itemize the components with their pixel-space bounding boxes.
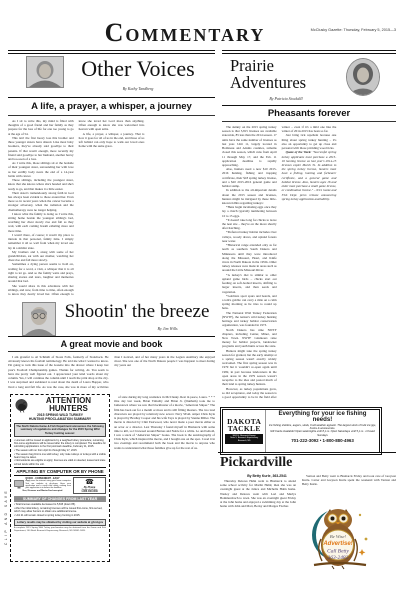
attention-hunters-ad: ATTENTION HUNTERS 2015 SPRING WILD TURKE…: [10, 394, 110, 562]
pheasants-forever-body: The skinny on the 2015 spring turkey sea…: [222, 125, 396, 401]
section-title-shootin-the-breeze: Shootin' the breeze: [57, 301, 217, 323]
section-title-other-voices: Other Voices: [62, 56, 214, 82]
woman-headshot-icon: [347, 59, 379, 95]
paragraph: North Dakota has nine NWTF chapters, inc…: [222, 328, 277, 349]
owl-icon: Be Wise! Advertise! Call Betty 363-2482: [300, 505, 376, 571]
apply-computer-text: Apply over the internet using your home …: [26, 480, 72, 490]
other-voices-body: As I sit to write this, my mind is fille…: [8, 119, 215, 298]
apply-computer-block: QUICK - CONVENIENT - EASY Apply over the…: [14, 477, 71, 494]
apply-phone-block: ☎ By Phone Simply call toll free 1-800-4…: [73, 477, 106, 494]
movie-and-book-headline: A great movie and book: [8, 339, 215, 349]
page-title: Commentary: [95, 18, 275, 48]
paragraph: I wasn't there, of course; it wasn't my …: [8, 233, 74, 250]
hunter-ad-fine-print: A complete 2015 Spring Wild Turkey procl…: [14, 527, 106, 532]
pickardville-col1: Thursday Delores Hahn went to Bismarck t…: [220, 479, 296, 569]
paragraph: The skinny on the 2015 spring turkey sea…: [222, 125, 277, 167]
hunters-label: HUNTERS: [31, 405, 106, 413]
divider: [8, 115, 215, 116]
paragraph: Vernon and Betty went to Bismarck Friday…: [302, 474, 396, 487]
masthead-rule-right: [222, 50, 396, 54]
paragraph: A life, a prayer, a whisper, a journey. …: [79, 132, 145, 149]
lottery-results-bar: Lottery results may be obtained by visit…: [14, 519, 106, 526]
paragraph: Also, hunters need a new $10 2015-2016 h…: [222, 167, 277, 188]
paragraph: *Historical range extended only as far n…: [222, 243, 277, 273]
newspaper-page: McClusky Gazette: Thursday, February 5, …: [0, 0, 400, 600]
advertise-label: Advertise!: [322, 541, 352, 547]
paragraph: Hunters might take the spring turkey sea…: [222, 349, 277, 387]
paragraph: Thursday Delores Hahn went to Bismarck t…: [220, 479, 296, 509]
paragraph: Just bring tick repellent because one th…: [282, 133, 337, 150]
be-wise-label: Be Wise!: [330, 534, 347, 539]
tackle-name-2: TACKLE: [228, 425, 261, 432]
section-title-prairie-adventures: Prairie Adventures: [230, 57, 342, 92]
turkey-icon: [14, 398, 29, 413]
man-headshot-icon: [23, 303, 55, 335]
hunter-ad-header: ATTENTION HUNTERS: [14, 397, 106, 413]
pheasants-forever-headline: Pheasants forever: [222, 108, 396, 119]
hunter-ad-title: ATTENTION HUNTERS: [31, 397, 106, 413]
paragraph: *A turkey's diet is similar to other upl…: [222, 273, 277, 294]
pickardville-col2: Vernon and Betty went to Bismarck Friday…: [302, 474, 396, 504]
pickardville-byline: By Betty Kurle, 363-2541: [222, 474, 312, 478]
paragraph: As I write this, those siblings sit at t…: [8, 161, 74, 178]
changes-bullet: • Unit 21 will remain closed to spring t…: [14, 514, 106, 517]
other-voices-byline: By Kathy Tandberg: [62, 86, 214, 91]
divider: [8, 97, 215, 98]
divider: [222, 121, 396, 122]
computer-icon: [14, 480, 24, 489]
apply-header: APPLYING BY COMPUTER OR BY PHONE: [14, 467, 106, 476]
hunter-ad-notice: The North Dakota Game & Fish Department …: [14, 423, 106, 437]
apply-visa-text: Visa, Discover and MasterCard accepted.: [14, 490, 71, 492]
paragraph: *Hens begin incubating eggs once they la…: [222, 205, 277, 218]
tackle-addr-line: Bismarck, ND: [227, 440, 261, 443]
paragraph: *Preferred turkey habitat includes river…: [222, 230, 277, 243]
clip-and-save-label: CLIP AND SAVE: [4, 489, 8, 545]
tackle-line-2: Gift Cards Available! Open weeknights un…: [268, 430, 377, 437]
phone-icon: ☎: [75, 479, 105, 486]
hunter-ad-bullet: • The season bag limit is one wild turke…: [14, 453, 106, 459]
changes-bullet: • After the initial lottery, remaining l…: [14, 507, 106, 513]
paragraph: Those siblings, including the youngest s…: [8, 178, 74, 191]
quote-text: "Successful spring turkey applicants mus…: [282, 150, 337, 200]
phone-number-label: 363-2482: [327, 555, 349, 561]
changes-header: SUMMARY OF CHANGES FROM LAST YEAR: [14, 496, 106, 502]
tackle-phone: 701-222-3092 • 1-800-880-4963: [268, 438, 377, 443]
paragraph: of state during my long residence in McC…: [114, 395, 215, 450]
paragraph: My brothers and I, along with some of he…: [8, 250, 74, 263]
paragraph: *Gobblers sport spurs and beards, and a …: [222, 294, 277, 311]
paragraph: This isn't the first heavy loss this bro…: [8, 136, 74, 161]
phone-number: 1-800-406-6409: [75, 491, 105, 493]
tackle-headline: Everything for your ice fishing needs!: [268, 411, 377, 423]
other-voices-headline: A life, a prayer, a whisper, a journey: [8, 101, 215, 112]
call-betty-label: Call Betty: [327, 549, 349, 555]
jim-wills-photo: [22, 302, 56, 336]
divider: [8, 351, 215, 352]
changes-bullet: • Total licenses available decreased to …: [14, 503, 106, 506]
divider: [8, 336, 215, 337]
paragraph: As I sit to write this, my mind is fille…: [8, 119, 74, 136]
paragraph: *It doesn't take long for chicks to leav…: [222, 218, 277, 231]
hunter-ad-sub2: HUNTING PROCLAMATION SUMMARY: [14, 417, 106, 421]
apply-row: QUICK - CONVENIENT - EASY Apply over the…: [14, 477, 106, 494]
hunter-ad-bullet: • The season will run from April 11 thro…: [14, 449, 106, 452]
quote-of-the-week: Quote of the Week: "Successful spring tu…: [282, 150, 337, 201]
paragraph: I am grateful to Al Schmidt of Sioux Fal…: [8, 355, 215, 391]
advertise-owl-ad: Be Wise! Advertise! Call Betty 363-2482: [300, 505, 376, 571]
woman-headshot-icon: [27, 57, 63, 87]
tackle-ad-main: Everything for your ice fishing needs! I…: [266, 410, 379, 452]
hunter-ad-bullet: • Nonresidents are eligible to apply; li…: [14, 459, 106, 465]
pickardville-title: Pickardville: [220, 455, 340, 471]
hunter-ad-bullet: • Licenses will be issued to applicants …: [14, 439, 106, 448]
shootin-byline: By Jim Wills: [120, 326, 215, 331]
patricia-stockdill-photo: [346, 58, 380, 96]
movie-body-top: I am grateful to Al Schmidt of Sioux Fal…: [8, 355, 215, 391]
paragraph: Sometimes a dying person seems to hold o…: [8, 262, 74, 283]
paragraph: Their sister's tremendously strong faith…: [8, 191, 74, 212]
dakota-tackle-ad: DAKOTA TACKLE 3601 E. Bismarck Expwy. Su…: [220, 407, 382, 455]
movie-body-side: of state during my long residence in McC…: [114, 395, 215, 563]
divider: [218, 452, 396, 453]
dakota-tackle-logo: DAKOTA TACKLE 3601 E. Bismarck Expwy. Su…: [223, 410, 266, 452]
kathy-tandberg-photo: [26, 56, 64, 88]
masthead-rule-left: [8, 50, 215, 54]
prairie-adventures-byline: By Patricia Stockdill: [230, 96, 342, 101]
paragraph: The National Wild Turkey Federation (NWT…: [222, 311, 277, 328]
divider: [222, 105, 396, 106]
tackle-address: 3601 E. Bismarck Expwy. Suite 5, Bismarc…: [225, 434, 263, 444]
dateline: McClusky Gazette: Thursday, February 5, …: [260, 28, 396, 32]
paragraph: I know what the family is doing as I wri…: [8, 212, 74, 233]
paragraph: In addition to the all-important details…: [222, 188, 277, 205]
